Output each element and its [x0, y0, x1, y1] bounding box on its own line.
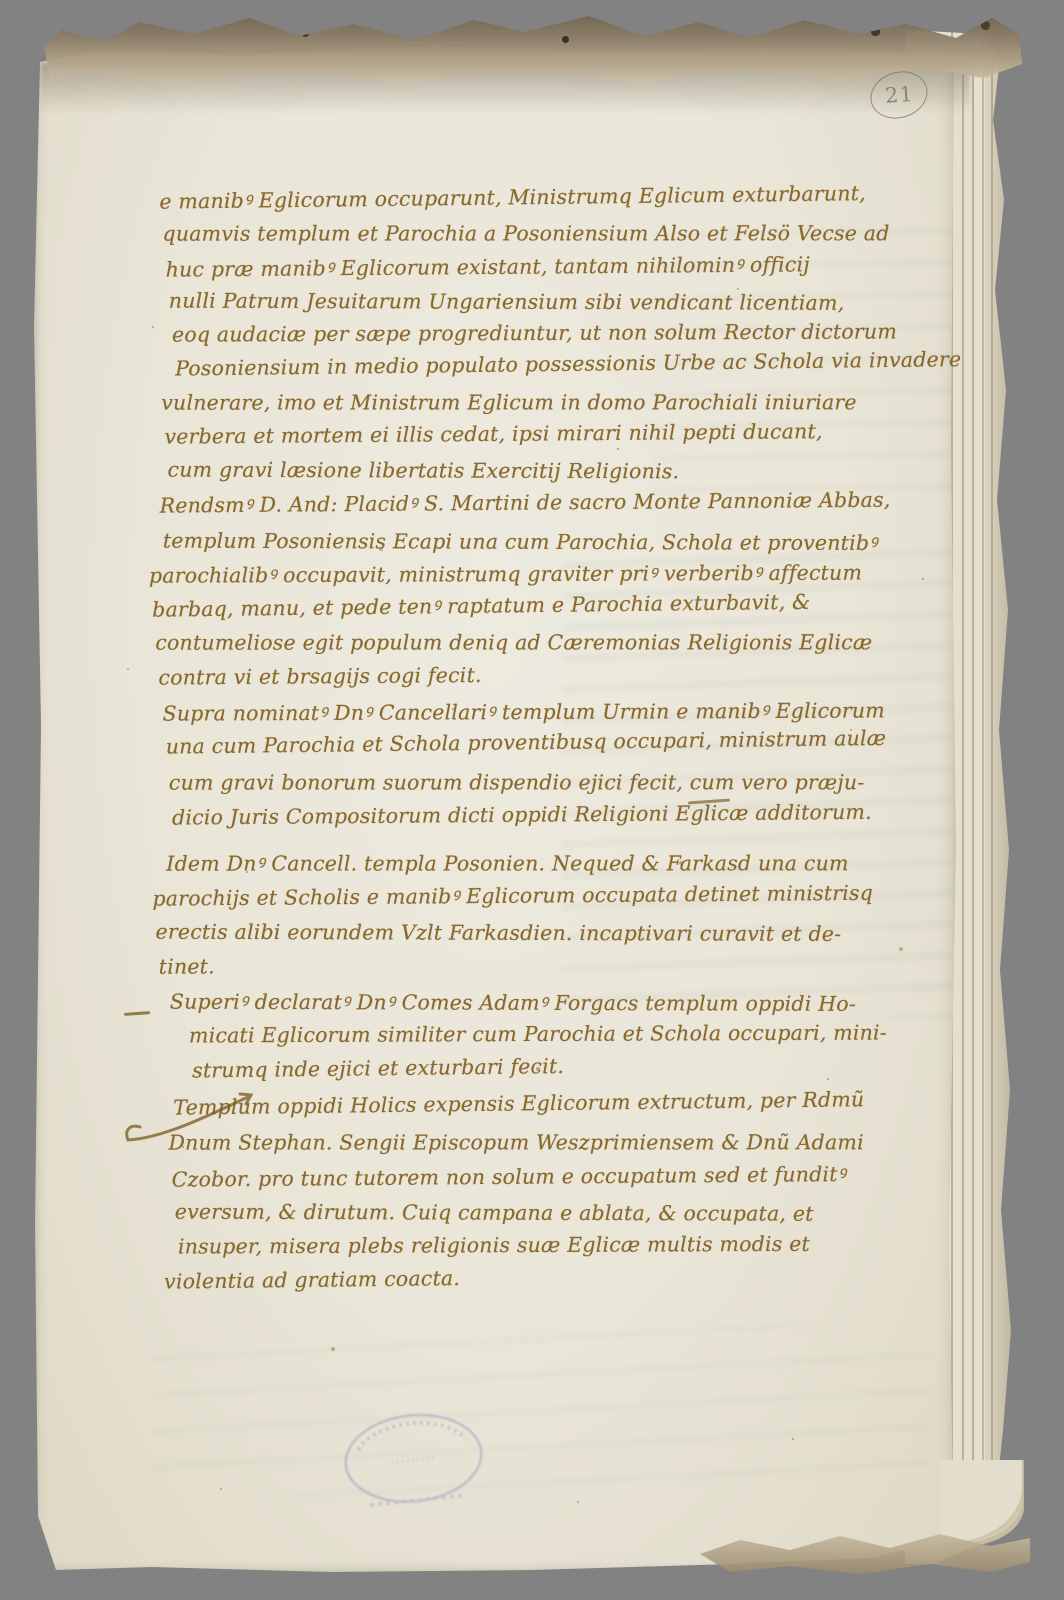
handwritten-line: cum gravi læsione libertatis Exercitij R…	[168, 458, 680, 484]
handwritten-line: vulnerare, imo et Ministrum Eglicum in d…	[161, 390, 856, 414]
handwritten-line: Rendsmꝰ D. And: Placidꝰ S. Martini de sa…	[160, 486, 891, 520]
handwritten-text-block: e manibꝰ Eglicorum occuparunt, Ministrum…	[0, 0, 1064, 1600]
handwritten-line: barbaq, manu, et pede tenꝰ raptatum e Pa…	[152, 588, 811, 624]
handwritten-line: Templum oppidi Holics expensis Eglicorum…	[173, 1087, 864, 1119]
manuscript-scan: 21 e manibꝰ Eglicorum occuparunt, Minist…	[0, 0, 1064, 1600]
margin-flourish-stroke	[122, 1084, 262, 1148]
handwritten-line: Czobor. pro tunc tutorem non solum e occ…	[172, 1160, 846, 1194]
handwritten-line: dicio Juris Compositorum dicti oppidi Re…	[172, 800, 872, 830]
handwritten-line: strumq inde ejici et exturbari fecit.	[192, 1054, 564, 1082]
handwritten-line: cum gravi bonorum suorum dispendio ejici…	[169, 770, 865, 794]
handwritten-line: parochijs et Scholis e manibꝰ Eglicorum …	[152, 879, 873, 913]
handwritten-line: Posoniensium in medio populato possessio…	[175, 347, 961, 380]
handwritten-line: micati Eglicorum similiter cum Parochia …	[189, 1020, 887, 1047]
handwritten-line: violentia ad gratiam coacta.	[164, 1266, 460, 1294]
handwritten-line: contra vi et brsagijs cogi fecit.	[158, 663, 481, 690]
handwritten-line: Supra nominatꝰ Dnꝰ Cancellariꝰ templum U…	[163, 696, 885, 727]
handwritten-line: insuper, misera plebs religionis suæ Egl…	[178, 1232, 810, 1259]
handwritten-line: una cum Parochia et Schola proventibusq …	[166, 726, 887, 759]
handwritten-line: eoq audaciæ per sæpe progrediuntur, ut n…	[172, 320, 897, 347]
handwritten-line: tinet.	[159, 954, 215, 978]
handwritten-line: eversum, & dirutum. Cuiq campana e ablat…	[175, 1200, 814, 1226]
handwritten-line: quamvis templum et Parochia a Posoniensi…	[163, 221, 890, 245]
archival-oval-stamp	[326, 1395, 507, 1530]
handwritten-line: templum Posoniensis Ecapi una cum Paroch…	[163, 526, 877, 556]
handwritten-line: erectis alibi eorundem Vzlt Farkasdien. …	[156, 920, 842, 946]
handwritten-line: contumeliose egit populum deniq ad Cærem…	[155, 630, 872, 654]
handwritten-line: nulli Patrum Jesuitarum Ungariensium sib…	[169, 289, 845, 315]
handwritten-line: parochialibꝰ occupavit, ministrumq gravi…	[149, 558, 862, 589]
handwritten-line: Dnum Stephan. Sengii Episcopum Weszprimi…	[168, 1130, 863, 1154]
handwritten-line: huc præ manibꝰ Eglicorum existant, tanta…	[166, 250, 810, 283]
handwritten-line: Idem Dnꝰ Cancell. templa Posonien. Neque…	[166, 849, 848, 877]
handwritten-line: verbera et mortem ei illis cedat, ipsi m…	[164, 419, 822, 448]
handwritten-line: e manibꝰ Eglicorum occuparunt, Ministrum…	[159, 179, 866, 216]
handwritten-line: Superiꝰ declaratꝰ Dnꝰ Comes Adamꝰ Forgac…	[170, 988, 856, 1018]
